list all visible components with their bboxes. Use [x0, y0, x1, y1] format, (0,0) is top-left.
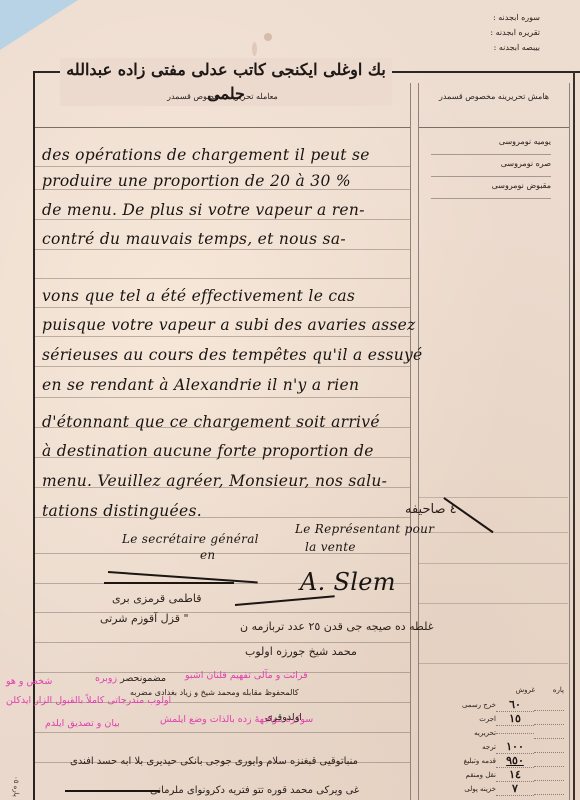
fee-para-cell: [534, 784, 564, 795]
fee-value: ٩٥٠: [496, 754, 534, 768]
body-line: vons que tel a été effectivement le cas: [42, 287, 355, 305]
ottoman-note: " قزل آقوزم شرتى: [100, 612, 189, 625]
fee-para-cell: [534, 756, 564, 767]
fee-row: ٦٠ خرج رسمى: [428, 698, 564, 712]
ruled-line: [35, 336, 410, 337]
fee-label: خرج رسمى: [446, 701, 496, 709]
document-page: سوره ابجدنه : تقريره ابجدنه : بيبصه ابجد…: [0, 0, 580, 800]
ottoman-note-line-3: مضمونحصر زوبره: [95, 673, 166, 684]
top-field: تقريره ابجدنه :: [430, 25, 540, 40]
ruled-line: [35, 397, 410, 398]
signature-stroke: [65, 790, 160, 792]
body-line: produire une proportion de 20 à 30 %: [42, 172, 351, 190]
ruled-line: [35, 366, 410, 367]
ottoman-note: محمد شيخ جورزه اولوب: [245, 645, 357, 658]
fee-label: نقل ومنقم: [446, 771, 496, 779]
fee-value: ١٤: [496, 768, 534, 782]
signature-title-right: Le Représentant pour: [295, 522, 434, 536]
receipt-number-field: مقبوض نومروسى: [431, 177, 551, 199]
body-line: d'étonnant que ce chargement soit arrivé: [42, 413, 380, 431]
fee-row: ١٤ نقل ومنقم: [428, 768, 564, 782]
folded-corner-edge: [0, 0, 90, 24]
body-line: à destination aucune forte proportion de: [42, 442, 374, 460]
signature-sub-left: en: [200, 548, 215, 562]
body-line: menu. Veuillez agréer, Monsieur, nos sal…: [42, 472, 387, 490]
vertical-note: پاره ٠٥: [12, 776, 20, 797]
margin-annotation: ٤ صاحيفه: [405, 502, 457, 517]
body-line: en se rendant à Alexandrie il n'y a rien: [42, 376, 359, 394]
ruled-line: [35, 249, 410, 250]
frame-right-border: [573, 71, 575, 800]
signature-sub-right: la vente: [305, 540, 356, 554]
fee-label: خزينه پولى: [446, 785, 496, 793]
pink-note: قرائت و مآلى تفهيم قلنان اشبو: [185, 670, 308, 681]
fee-label: تحريريه: [446, 729, 496, 737]
side-register-fields: يوميه نومروسى صره نومروسى مقبوض نومروسى: [431, 133, 551, 199]
body-line: puisque votre vapeur a subi des avaries …: [42, 316, 416, 334]
sequence-number-field: صره نومروسى: [431, 155, 551, 177]
fee-row: ٩٥٠ قدمه وتبليغ: [428, 754, 564, 768]
ruled-line: [418, 663, 568, 664]
fee-value: [496, 733, 534, 734]
body-line: contré du mauvais temps, et nous sa-: [42, 230, 346, 248]
fee-para-cell: [534, 728, 564, 739]
top-reference-fields: سوره ابجدنه : تقريره ابجدنه : بيبصه ابجد…: [430, 10, 540, 55]
fee-row: ١٠٠ ترجه: [428, 740, 564, 754]
fee-row: ٧ خزينه پولى: [428, 782, 564, 796]
fee-label: ترجه: [446, 743, 496, 751]
ruled-line: [35, 732, 410, 733]
ottoman-note: غلطه ده صيجه جى قدن ٢٥ عدد تربازمه ن: [240, 620, 433, 633]
ruled-line: [418, 563, 568, 564]
fee-header-para: پاره: [553, 686, 564, 694]
pink-note: شخص و هو: [6, 676, 52, 687]
ottoman-note: قاطمى قرمزى برى: [112, 592, 202, 605]
ruled-line: [35, 307, 410, 308]
fee-value: ١٥: [496, 712, 534, 726]
fee-label: اجرت: [446, 715, 496, 723]
fee-row: ١٥ اجرت: [428, 712, 564, 726]
ottoman-note: غى ويركى محمد قوره تتو فتريه دكرونواى مل…: [150, 785, 359, 796]
fee-value: ١٠٠: [496, 740, 534, 754]
main-column-label: معامله تحريرينه مخصوص قسمدر: [35, 92, 410, 101]
fee-table-header: پاره غروش: [428, 686, 564, 698]
body-line: tations distinguées.: [42, 502, 202, 520]
fee-header-kurus: غروش: [516, 686, 535, 694]
top-field: سوره ابجدنه :: [430, 10, 540, 25]
ruled-line: [418, 603, 568, 604]
fee-label: قدمه وتبليغ: [446, 757, 496, 765]
body-line: sérieuses au cours des tempêtes qu'il a …: [42, 346, 423, 364]
fee-para-cell: [534, 770, 564, 781]
ruled-line: [35, 278, 410, 279]
ink-stain: [264, 33, 272, 41]
ottoman-note: منباتوقيى قبغنزه سلام وايورى جوجى بانكى …: [70, 756, 358, 767]
fee-para-cell: [534, 700, 564, 711]
signature-stroke-left: [104, 582, 234, 584]
ruled-line: [35, 219, 410, 220]
pink-note: زوبره: [95, 673, 117, 684]
fee-row: تحريريه: [428, 726, 564, 740]
ruled-line: [35, 612, 410, 613]
ottoman-note: اولدوقرى: [265, 712, 302, 723]
daily-number-field: يوميه نومروسى: [431, 133, 551, 155]
body-line: de menu. De plus si votre vapeur a ren-: [42, 201, 365, 219]
signature-right: A. Slem: [300, 568, 396, 596]
ottoman-note-line-3: شخص و هو: [6, 676, 52, 687]
ink-stain: [252, 42, 257, 56]
ruled-line: [35, 166, 410, 167]
ruled-line: [418, 497, 568, 498]
note-black: مضمونحصر: [120, 673, 166, 684]
ruled-line: [35, 642, 410, 643]
fee-para-cell: [534, 714, 564, 725]
pink-note: بيان و تصديق ايلدم: [45, 718, 120, 729]
body-line: des opérations de chargement il peut se: [42, 146, 370, 164]
fee-value: ٦٠: [496, 698, 534, 712]
pink-note: اولوب مندرجاتى كاملاً بالقبول الزار ايدك…: [6, 695, 171, 706]
top-field: بيبصه ابجدنه :: [430, 40, 540, 55]
side-column-label: هامش تحريرينه مخصوص قسمدر: [419, 92, 569, 101]
fee-value: ٧: [496, 782, 534, 796]
signature-title-left: Le secrétaire général: [122, 532, 259, 546]
main-column-header: معامله تحريرينه مخصوص قسمدر: [35, 83, 410, 128]
fee-table: پاره غروش ٦٠ خرج رسمى ١٥ اجرت تحريريه ١٠…: [428, 686, 564, 796]
side-column-header: هامش تحريرينه مخصوص قسمدر: [419, 83, 569, 128]
fee-para-cell: [534, 742, 564, 753]
